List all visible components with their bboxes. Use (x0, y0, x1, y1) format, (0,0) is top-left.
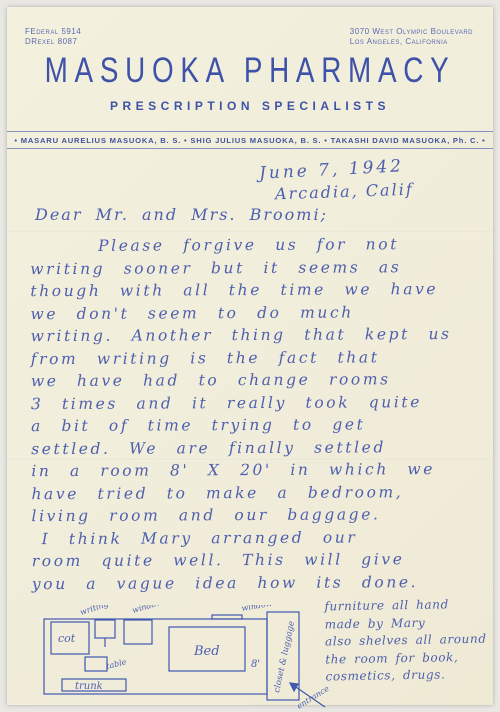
handwritten-line: though with all the time we have (30, 278, 478, 303)
handwritten-line: a bit of time trying to get (31, 413, 479, 438)
table-label: table (105, 657, 127, 671)
letter-salutation: Dear Mr. and Mrs. Broomi; (35, 205, 328, 224)
pharmacy-title: MASUOKA PHARMACY (17, 51, 484, 91)
handwritten-line: living room and our baggage. (31, 503, 479, 528)
phone-line-2: DRexel 8087 (25, 37, 81, 47)
writing-desk-label: writing desk (79, 605, 130, 617)
handwritten-line: room quite well. This will give (32, 548, 480, 573)
handwritten-line: you a vague idea how its done. (32, 570, 480, 595)
cot-label: cot (58, 632, 76, 645)
handwritten-line: Please forgive us for not (98, 233, 478, 257)
handwritten-line: settled. We are finally settled (31, 435, 479, 460)
handwritten-line: from writing is the fact that (31, 345, 479, 370)
window-box-outline (124, 620, 152, 644)
trunk-label: trunk (75, 681, 103, 692)
address-line-2: Los Angeles, California (350, 37, 473, 47)
handwritten-line: also shelves all around (325, 631, 493, 651)
handwritten-line: writing. Another thing that kept us (31, 323, 479, 348)
handwritten-line: writing sooner but it seems as (30, 255, 478, 280)
letter-paper: FEderal 5914 DRexel 8087 3070 West Olymp… (7, 7, 493, 705)
pharmacy-subtitle: PRESCRIPTION SPECIALISTS (7, 99, 493, 113)
side-note: furniture all hand made by Mary also she… (324, 596, 494, 686)
room-floorplan-sketch: cot writing desk window Bed table trunk … (27, 605, 337, 712)
phone-line-1: FEderal 5914 (25, 27, 81, 37)
letterhead-phones: FEderal 5914 DRexel 8087 (25, 27, 81, 47)
letterhead-address: 3070 West Olympic Boulevard Los Angeles,… (350, 27, 473, 47)
window-label-left: window (131, 605, 164, 615)
address-line-1: 3070 West Olympic Boulevard (350, 27, 473, 37)
partners-line: • MASARU AURELIUS MASUOKA, B. S. • SHIG … (7, 131, 493, 149)
handwritten-line: I think Mary arranged our (42, 525, 480, 550)
handwritten-line: we don't seem to do much (30, 300, 478, 325)
handwritten-line: in a room 8' X 20' in which we (31, 458, 479, 483)
handwritten-line: 3 times and it really took quite (31, 390, 479, 415)
writing-desk-outline (95, 620, 115, 638)
handwritten-line: have tried to make a bedroom, (31, 480, 479, 505)
entrance-label: entrance (295, 684, 331, 711)
window-tick (212, 615, 242, 619)
dimension-label: 8' (251, 659, 260, 670)
table-outline (85, 657, 107, 671)
letter-body: Please forgive us for not writing sooner… (30, 233, 480, 595)
handwritten-line: we have had to change rooms (31, 368, 479, 393)
bed-label: Bed (193, 644, 220, 659)
closet-label: closet & luggage (272, 620, 297, 693)
handwritten-line: cosmetics, drugs. (325, 666, 493, 686)
letter-place: Arcadia, Calif (275, 180, 414, 204)
